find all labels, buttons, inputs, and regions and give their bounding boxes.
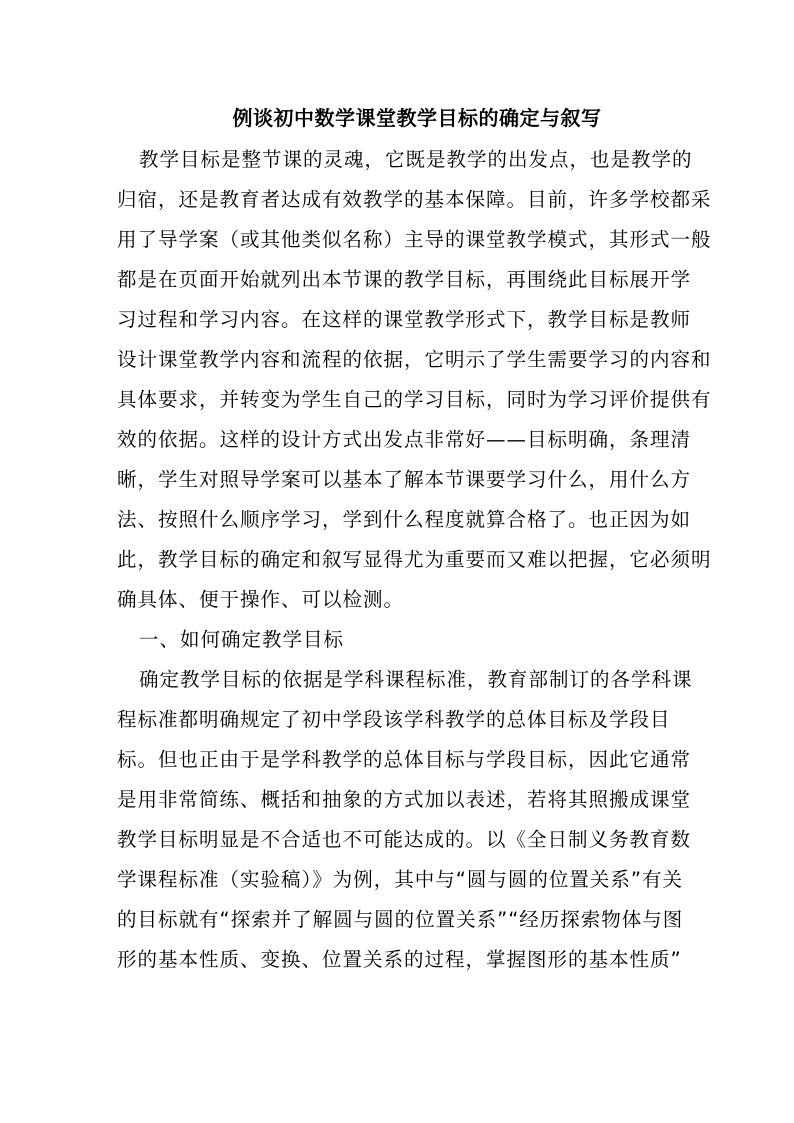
paragraph-line: 程标准都明确规定了初中学段该学科教学的总体目标及学段目	[117, 708, 671, 732]
paragraph-line: 是用非常简练、概括和抽象的方式加以表述，若将其照搬成课堂	[117, 788, 691, 812]
paragraph-line: 用了导学案（或其他类似名称）主导的课堂教学模式，其形式一般	[117, 228, 712, 252]
document-title: 例谈初中数学课堂教学目标的确定与叙写	[0, 104, 794, 132]
paragraph-line: 形的基本性质、变换、位置关系的过程，掌握图形的基本性质”	[117, 948, 682, 972]
paragraph-line: 法、按照什么顺序学习，学到什么程度就算合格了。也正因为如	[117, 508, 691, 532]
paragraph-line: 教学目标明显是不合适也不可能达成的。以《全日制义务教育数	[117, 828, 691, 852]
paragraph-line: 归宿，还是教育者达成有效教学的基本保障。目前，许多学校都采	[117, 188, 712, 212]
section-heading: 一、如何确定教学目标	[139, 628, 344, 652]
paragraph-line: 效的依据。这样的设计方式出发点非常好——目标明确，条理清	[117, 428, 691, 452]
paragraph-line: 标。但也正由于是学科教学的总体目标与学段目标，因此它通常	[117, 748, 691, 772]
paragraph-line: 确定教学目标的依据是学科课程标准，教育部制订的各学科课	[139, 668, 693, 692]
paragraph-line: 教学目标是整节课的灵魂，它既是教学的出发点，也是教学的	[139, 148, 693, 172]
paragraph-line: 晰，学生对照导学案可以基本了解本节课要学习什么，用什么方	[117, 468, 691, 492]
paragraph-line: 具体要求，并转变为学生自己的学习目标，同时为学习评价提供有	[117, 388, 712, 412]
paragraph-line: 都是在页面开始就列出本节课的教学目标，再围绕此目标展开学	[117, 268, 691, 292]
paragraph-line: 确具体、便于操作、可以检测。	[117, 588, 404, 612]
paragraph-line: 此，教学目标的确定和叙写显得尤为重要而又难以把握，它必须明	[117, 548, 712, 572]
paragraph-line: 的目标就有“探索并了解圆与圆的位置关系”“经历探索物体与图	[117, 908, 683, 932]
paragraph-line: 设计课堂教学内容和流程的依据，它明示了学生需要学习的内容和	[117, 348, 712, 372]
paragraph-line: 习过程和学习内容。在这样的课堂教学形式下，教学目标是教师	[117, 308, 691, 332]
paragraph-line: 学课程标准（实验稿）》为例，其中与“圆与圆的位置关系”有关	[117, 868, 683, 892]
